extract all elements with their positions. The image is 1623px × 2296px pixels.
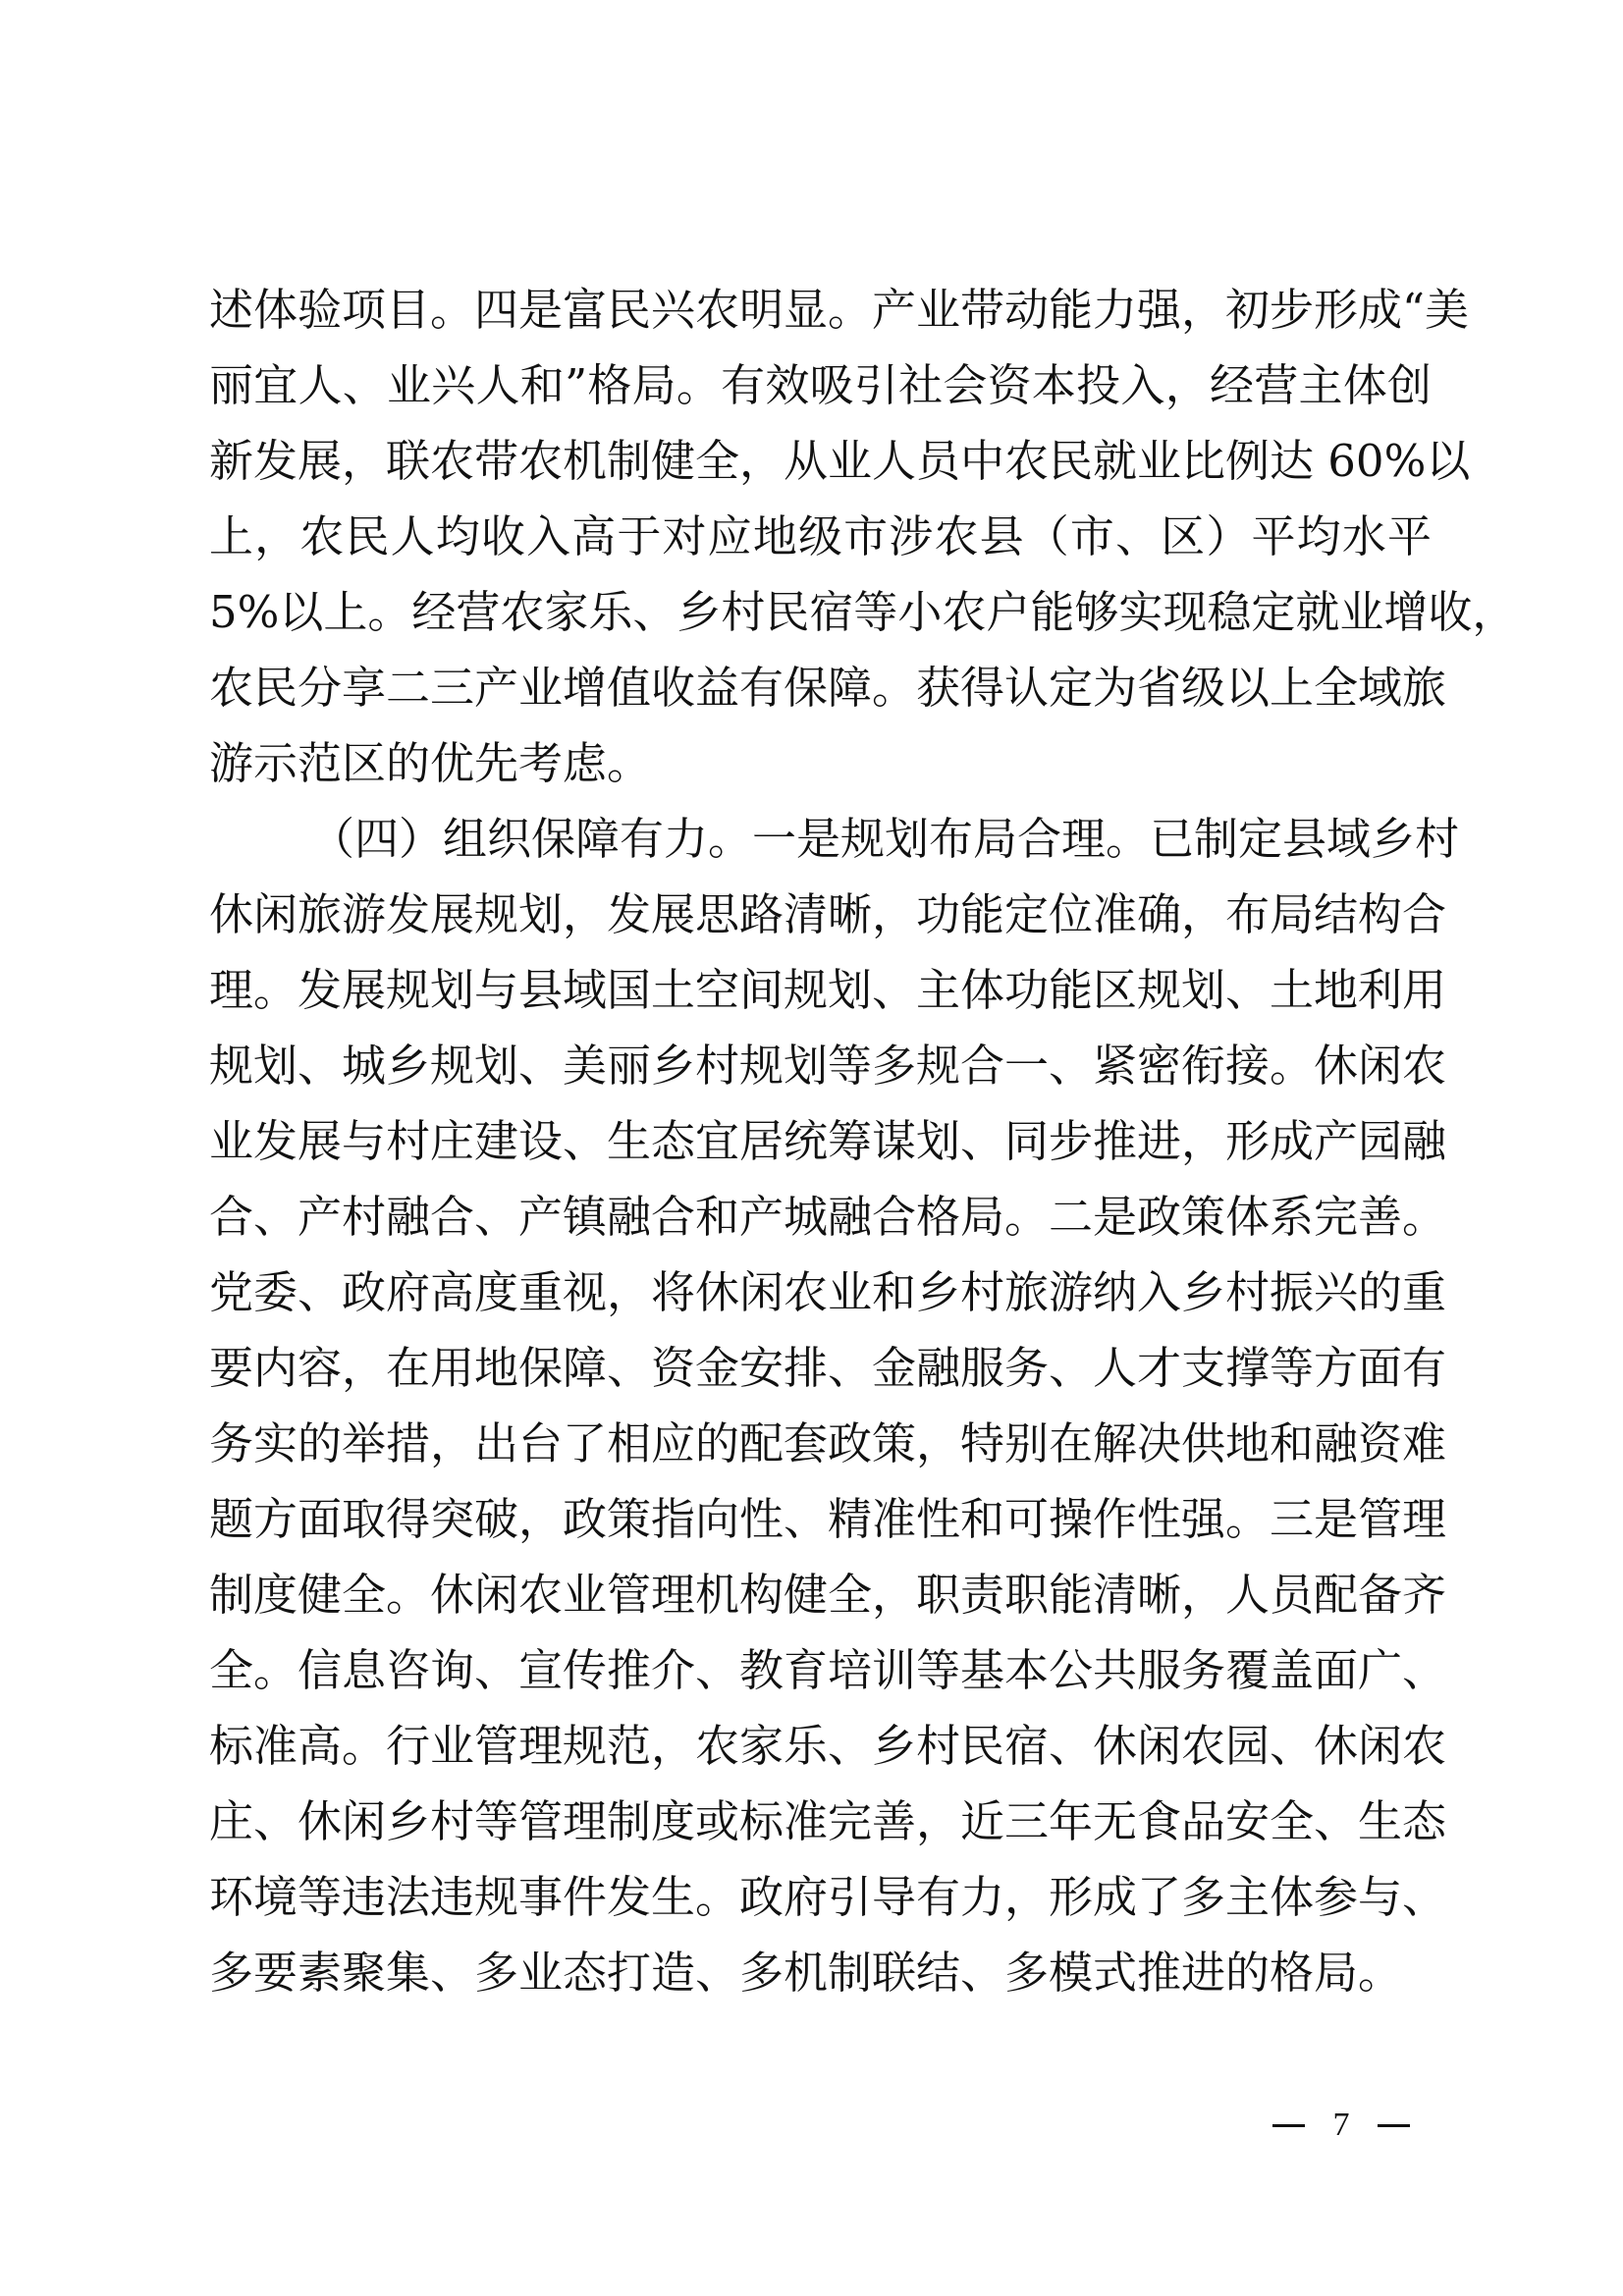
text-line: 标准高。行业管理规范，农家乐、乡村民宿、休闲农园、休闲农 (209, 1708, 1432, 1784)
text-line: 业发展与村庄建设、生态宜居统筹谋划、同步推进，形成产园融 (209, 1103, 1432, 1179)
text-line: 丽宜人、业兴人和”格局。有效吸引社会资本投入，经营主体创 (209, 347, 1432, 423)
text-line: 环境等违法违规事件发生。政府引导有力，形成了多主体参与、 (209, 1859, 1432, 1935)
text-line: 新发展，联农带农机制健全，从业人员中农民就业比例达 60%以 (209, 423, 1432, 499)
text-line: 理。发展规划与县域国土空间规划、主体功能区规划、土地利用 (209, 952, 1432, 1028)
page-number-value: 7 (1333, 2107, 1350, 2144)
text-line: 游示范区的优先考虑。 (209, 725, 1432, 801)
text-line: 5%以上。经营农家乐、乡村民宿等小农户能够实现稳定就业增收， (209, 574, 1432, 650)
text-line: 多要素聚集、多业态打造、多机制联结、多模式推进的格局。 (209, 1935, 1432, 2010)
text-line: 全。信息咨询、宣传推介、教育培训等基本公共服务覆盖面广、 (209, 1632, 1432, 1708)
text-line: 农民分享二三产业增值收益有保障。获得认定为省级以上全域旅 (209, 650, 1432, 725)
text-line: 庄、休闲乡村等管理制度或标准完善，近三年无食品安全、生态 (209, 1784, 1432, 1859)
text-line: 休闲旅游发展规划，发展思路清晰，功能定位准确，布局结构合 (209, 877, 1432, 952)
paragraph-rural-income: 述体验项目。四是富民兴农明显。产业带动能力强，初步形成“美 丽宜人、业兴人和”格… (209, 272, 1432, 801)
page-number: 7 (1272, 2101, 1410, 2150)
text-line: 党委、政府高度重视，将休闲农业和乡村旅游纳入乡村振兴的重 (209, 1255, 1432, 1330)
text-line: 要内容，在用地保障、资金安排、金融服务、人才支撑等方面有 (209, 1330, 1432, 1406)
paragraph-organizational-support: （四）组织保障有力。一是规划布局合理。已制定县域乡村 休闲旅游发展规划，发展思路… (209, 801, 1432, 2010)
text-line: 合、产村融合、产镇融合和产城融合格局。二是政策体系完善。 (209, 1179, 1432, 1255)
text-line: 制度健全。休闲农业管理机构健全，职责职能清晰，人员配备齐 (209, 1557, 1432, 1632)
dash-right (1378, 2124, 1410, 2127)
dash-left (1272, 2124, 1305, 2127)
text-line: 务实的举措，出台了相应的配套政策，特别在解决供地和融资难 (209, 1406, 1432, 1481)
text-line: 规划、城乡规划、美丽乡村规划等多规合一、紧密衔接。休闲农 (209, 1028, 1432, 1103)
body-text: 述体验项目。四是富民兴农明显。产业带动能力强，初步形成“美 丽宜人、业兴人和”格… (209, 272, 1432, 2010)
section-heading-line: （四）组织保障有力。一是规划布局合理。已制定县域乡村 (209, 801, 1432, 877)
text-line: 上，农民人均收入高于对应地级市涉农县（市、区）平均水平 (209, 499, 1432, 574)
text-line: 题方面取得突破，政策指向性、精准性和可操作性强。三是管理 (209, 1481, 1432, 1557)
text-line: 述体验项目。四是富民兴农明显。产业带动能力强，初步形成“美 (209, 272, 1432, 347)
document-page: 述体验项目。四是富民兴农明显。产业带动能力强，初步形成“美 丽宜人、业兴人和”格… (0, 0, 1623, 2296)
